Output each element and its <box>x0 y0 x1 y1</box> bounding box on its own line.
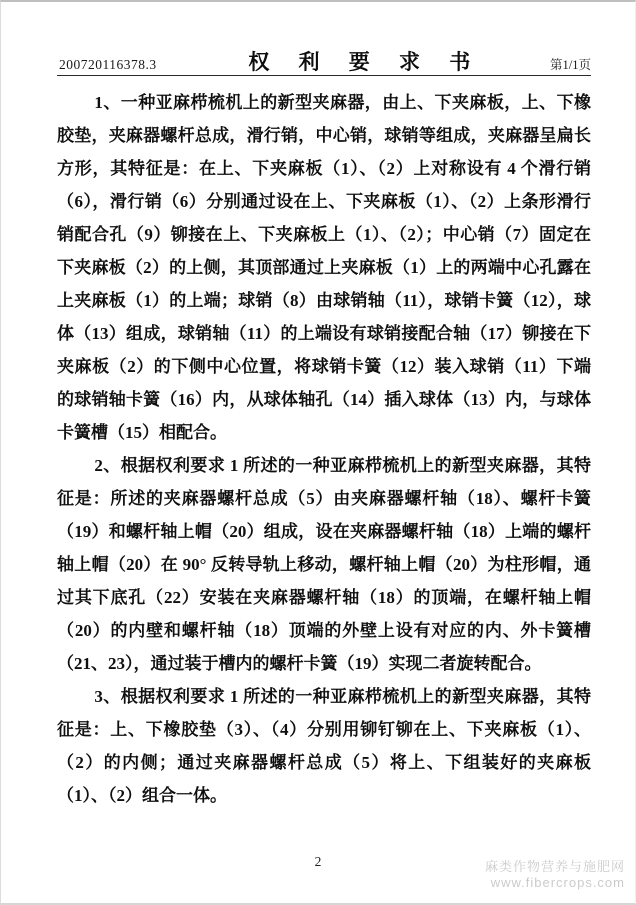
claim-paragraph-3: 3、根据权利要求 1 所述的一种亚麻栉梳机上的新型夹麻器，其特征是：上、下橡胶垫… <box>57 680 591 812</box>
document-title: 权 利 要 求 书 <box>236 46 482 76</box>
header-divider <box>57 75 591 76</box>
watermark-url: www.fibercrops.com <box>485 875 625 891</box>
claim-paragraph-1: 1、一种亚麻栉梳机上的新型夹麻器，由上、下夹麻板，上、下橡胶垫，夹麻器螺杆总成，… <box>57 86 591 449</box>
watermark-site-name: 麻类作物营养与施肥网 <box>485 859 625 875</box>
page-indicator: 第1/1页 <box>550 55 591 73</box>
application-number: 200720116378.3 <box>59 57 157 73</box>
document-header: 200720116378.3 权 利 要 求 书 第1/1页 <box>59 46 591 76</box>
claim-paragraph-2: 2、根据权利要求 1 所述的一种亚麻栉梳机上的新型夹麻器，其特征是：所述的夹麻器… <box>57 449 591 680</box>
watermark: 麻类作物营养与施肥网 www.fibercrops.com <box>485 859 625 891</box>
document-page: 200720116378.3 权 利 要 求 书 第1/1页 1、一种亚麻栉梳机… <box>0 0 636 905</box>
claims-body: 1、一种亚麻栉梳机上的新型夹麻器，由上、下夹麻板，上、下橡胶垫，夹麻器螺杆总成，… <box>57 86 591 812</box>
